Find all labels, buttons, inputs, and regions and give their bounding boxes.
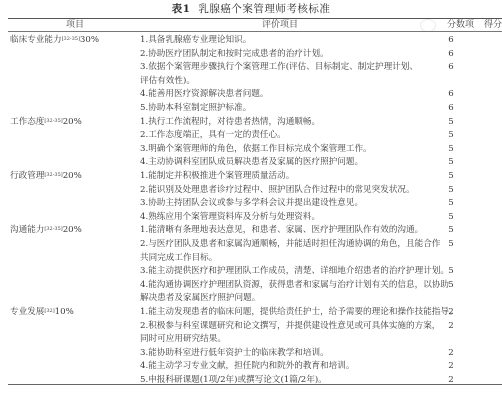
- row-weight: 20%: [63, 171, 82, 181]
- row-reference: [32-35]: [44, 118, 62, 124]
- header-item: 项目: [40, 19, 110, 31]
- row-reference: [32-35]: [62, 36, 80, 42]
- row-score: 2: [444, 372, 458, 388]
- header-score-value: 分数项: [438, 19, 474, 31]
- row-reference: [32-35]: [44, 226, 62, 232]
- row-criterion: 5.申报科研课题(1项/2年)或撰写论文(1篇/2年)。: [140, 372, 430, 388]
- table-number: 表1: [172, 3, 191, 15]
- row-weight: 30%: [80, 35, 99, 45]
- row-weight: 20%: [63, 117, 82, 127]
- header-obtained: 得分: [476, 19, 502, 31]
- table-caption: 表1乳腺癌个案管理师考核标准: [0, 1, 502, 16]
- row-weight: 10%: [55, 307, 74, 317]
- table-title: 乳腺癌个案管理师考核标准: [198, 3, 330, 15]
- row-reference: [32]: [44, 308, 54, 314]
- header-criteria: 评价项目: [160, 19, 400, 31]
- table-row: 5.申报科研课题(1项/2年)或撰写论文(1篇/2年)。2: [0, 372, 502, 388]
- bottom-rule: [8, 384, 502, 385]
- row-weight: 20%: [63, 225, 82, 235]
- row-reference: [32-35]: [44, 172, 62, 178]
